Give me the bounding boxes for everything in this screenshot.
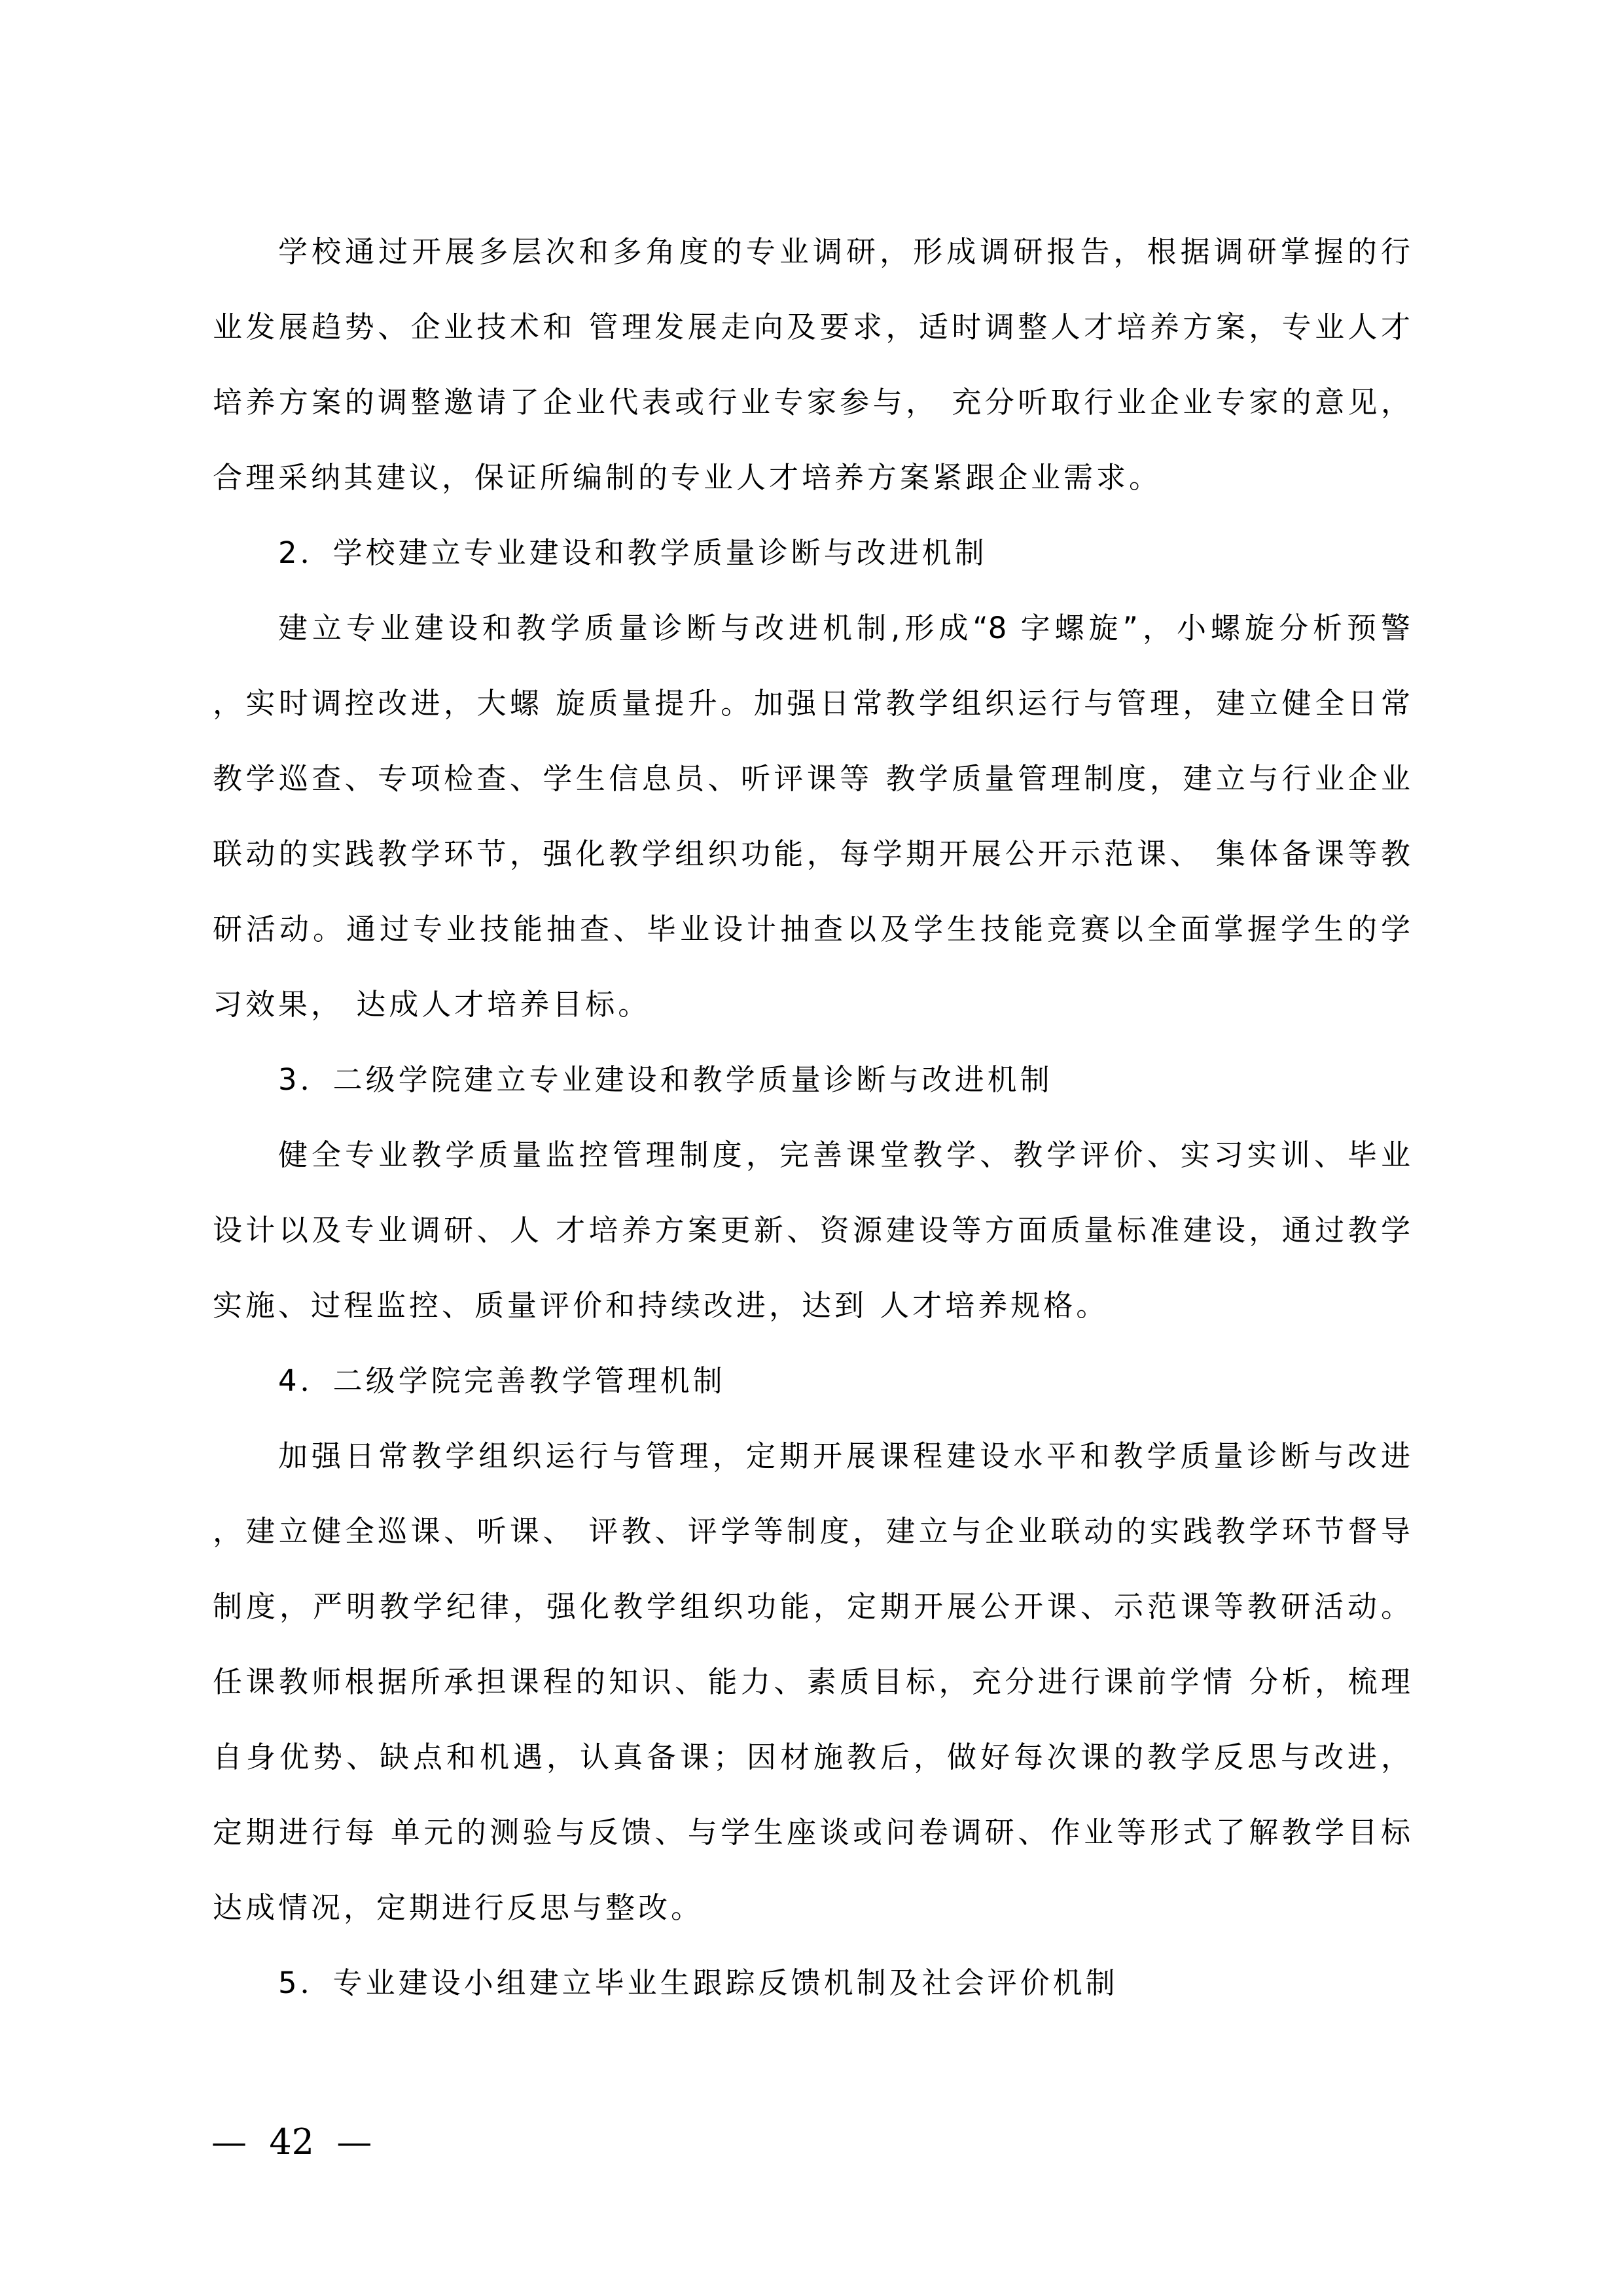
paragraph-4-line-7: 达成情况，定期进行反思与整改。: [213, 1888, 1410, 1928]
paragraph-2-line-4: 联动的实践教学环节，强化教学组织功能，每学期开展公开示范课、 集体备课等教: [213, 834, 1410, 874]
paragraph-1-line-2: 业发展趋势、企业技术和 管理发展走向及要求，适时调整人才培养方案，专业人才: [213, 308, 1410, 347]
paragraph-4-line-6: 定期进行每 单元的测验与反馈、与学生座谈或问卷调研、作业等形式了解教学目标: [213, 1813, 1410, 1852]
paragraph-2-line-1: 建立专业建设和教学质量诊断与改进机制,形成“8 字螺旋”，小螺旋分析预警: [278, 609, 1410, 648]
paragraph-3-line-3: 实施、过程监控、质量评价和持续改进，达到 人才培养规格。: [213, 1286, 1410, 1325]
paragraph-4-line-1: 加强日常教学组织运行与管理，定期开展课程建设水平和教学质量诊断与改进: [278, 1437, 1410, 1476]
paragraph-1-line-4: 合理采纳其建议，保证所编制的专业人才培养方案紧跟企业需求。: [213, 458, 1410, 497]
paragraph-4-line-4: 任课教师根据所承担课程的知识、能力、素质目标，充分进行课前学情 分析，梳理: [213, 1662, 1410, 1702]
paragraph-2-line-5: 研活动。通过专业技能抽查、毕业设计抽查以及学生技能竞赛以全面掌握学生的学: [213, 910, 1410, 949]
section-heading-2: 2．学校建立专业建设和教学质量诊断与改进机制: [278, 533, 1410, 573]
paragraph-1-line-1: 学校通过开展多层次和多角度的专业调研，形成调研报告，根据调研掌握的行: [278, 232, 1410, 272]
paragraph-2-line-6: 习效果， 达成人才培养目标。: [213, 985, 1410, 1024]
paragraph-3-line-1: 健全专业教学质量监控管理制度，完善课堂教学、教学评价、实习实训、毕业: [278, 1136, 1410, 1175]
document-page: 学校通过开展多层次和多角度的专业调研，形成调研报告，根据调研掌握的行 业发展趋势…: [0, 0, 1623, 2296]
paragraph-2-line-3: 教学巡查、专项检查、学生信息员、听评课等 教学质量管理制度，建立与行业企业: [213, 759, 1410, 798]
paragraph-2-line-2: ，实时调控改进，大螺 旋质量提升。加强日常教学组织运行与管理，建立健全日常: [213, 684, 1410, 723]
section-heading-4: 4．二级学院完善教学管理机制: [278, 1361, 1410, 1401]
paragraph-3-line-2: 设计以及专业调研、人 才培养方案更新、资源建设等方面质量标准建设，通过教学: [213, 1211, 1410, 1250]
paragraph-4-line-3: 制度，严明教学纪律，强化教学组织功能，定期开展公开课、示范课等教研活动。: [213, 1587, 1410, 1626]
paragraph-1-line-3: 培养方案的调整邀请了企业代表或行业专家参与， 充分听取行业企业专家的意见，: [213, 383, 1410, 422]
section-heading-5: 5．专业建设小组建立毕业生跟踪反馈机制及社会评价机制: [278, 1964, 1410, 2003]
paragraph-4-line-5: 自身优势、缺点和机遇，认真备课；因材施教后，做好每次课的教学反思与改进，: [213, 1738, 1410, 1777]
section-heading-3: 3．二级学院建立专业建设和教学质量诊断与改进机制: [278, 1060, 1410, 1100]
paragraph-4-line-2: ，建立健全巡课、听课、 评教、评学等制度，建立与企业联动的实践教学环节督导: [213, 1512, 1410, 1551]
page-number-footer: — 42 —: [211, 2119, 372, 2165]
